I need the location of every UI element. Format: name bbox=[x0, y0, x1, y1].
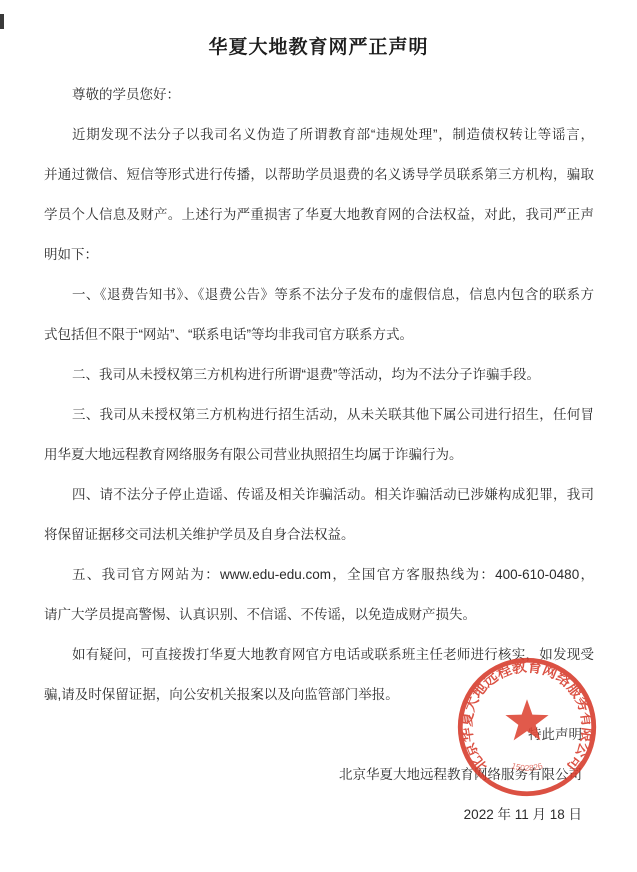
body-line: 尊敬的学员您好： bbox=[0, 75, 637, 115]
seal-star-icon bbox=[505, 699, 548, 740]
body-line: 并通过微信、短信等形式进行传播，以帮助学员退费的名义诱导学员联系第三方机构，骗取 bbox=[0, 155, 637, 195]
seal-code: 1502826 bbox=[510, 760, 544, 773]
body-line: 五、我司官方网站为：www.edu-edu.com，全国官方客服热线为：400-… bbox=[0, 555, 637, 595]
statement-document: 华夏大地教育网严正声明 尊敬的学员您好：近期发现不法分子以我司名义伪造了所谓教育… bbox=[0, 0, 637, 872]
body-line: 学员个人信息及财产。上述行为严重损害了华夏大地教育网的合法权益，对此，我司严正声 bbox=[0, 195, 637, 235]
body-line: 明如下： bbox=[0, 235, 637, 275]
body-line: 式包括但不限于“网站”、“联系电话”等均非我司官方联系方式。 bbox=[0, 315, 637, 355]
page-title: 华夏大地教育网严正声明 bbox=[0, 0, 637, 58]
body-line: 一、《退费告知书》、《退费公告》等系不法分子发布的虚假信息，信息内包含的联系方 bbox=[0, 275, 637, 315]
company-seal: 北京华夏大地远程教育网络服务有限公司 1502826 bbox=[456, 656, 598, 798]
body-line: 四、请不法分子停止造谣、传谣及相关诈骗活动。相关诈骗活动已涉嫌构成犯罪，我司 bbox=[0, 475, 637, 515]
body-line: 请广大学员提高警惕、认真识别、不信谣、不传谣，以免造成财产损失。 bbox=[0, 595, 637, 635]
scan-artifact bbox=[0, 14, 4, 29]
body-line: 将保留证据移交司法机关维护学员及自身合法权益。 bbox=[0, 515, 637, 555]
body-line: 三、我司从未授权第三方机构进行招生活动，从未关联其他下属公司进行招生，任何冒 bbox=[0, 395, 637, 435]
body-line: 用华夏大地远程教育网络服务有限公司营业执照招生均属于诈骗行为。 bbox=[0, 435, 637, 475]
svg-text:1502826: 1502826 bbox=[510, 760, 544, 773]
statement-body: 尊敬的学员您好：近期发现不法分子以我司名义伪造了所谓教育部“违规处理”，制造债权… bbox=[0, 75, 637, 715]
body-line: 二、我司从未授权第三方机构进行所谓“退费”等活动，均为不法分子诈骗手段。 bbox=[0, 355, 637, 395]
signature-date: 2022 年 11 月 18 日 bbox=[0, 795, 637, 835]
body-line: 近期发现不法分子以我司名义伪造了所谓教育部“违规处理”，制造债权转让等谣言， bbox=[0, 115, 637, 155]
